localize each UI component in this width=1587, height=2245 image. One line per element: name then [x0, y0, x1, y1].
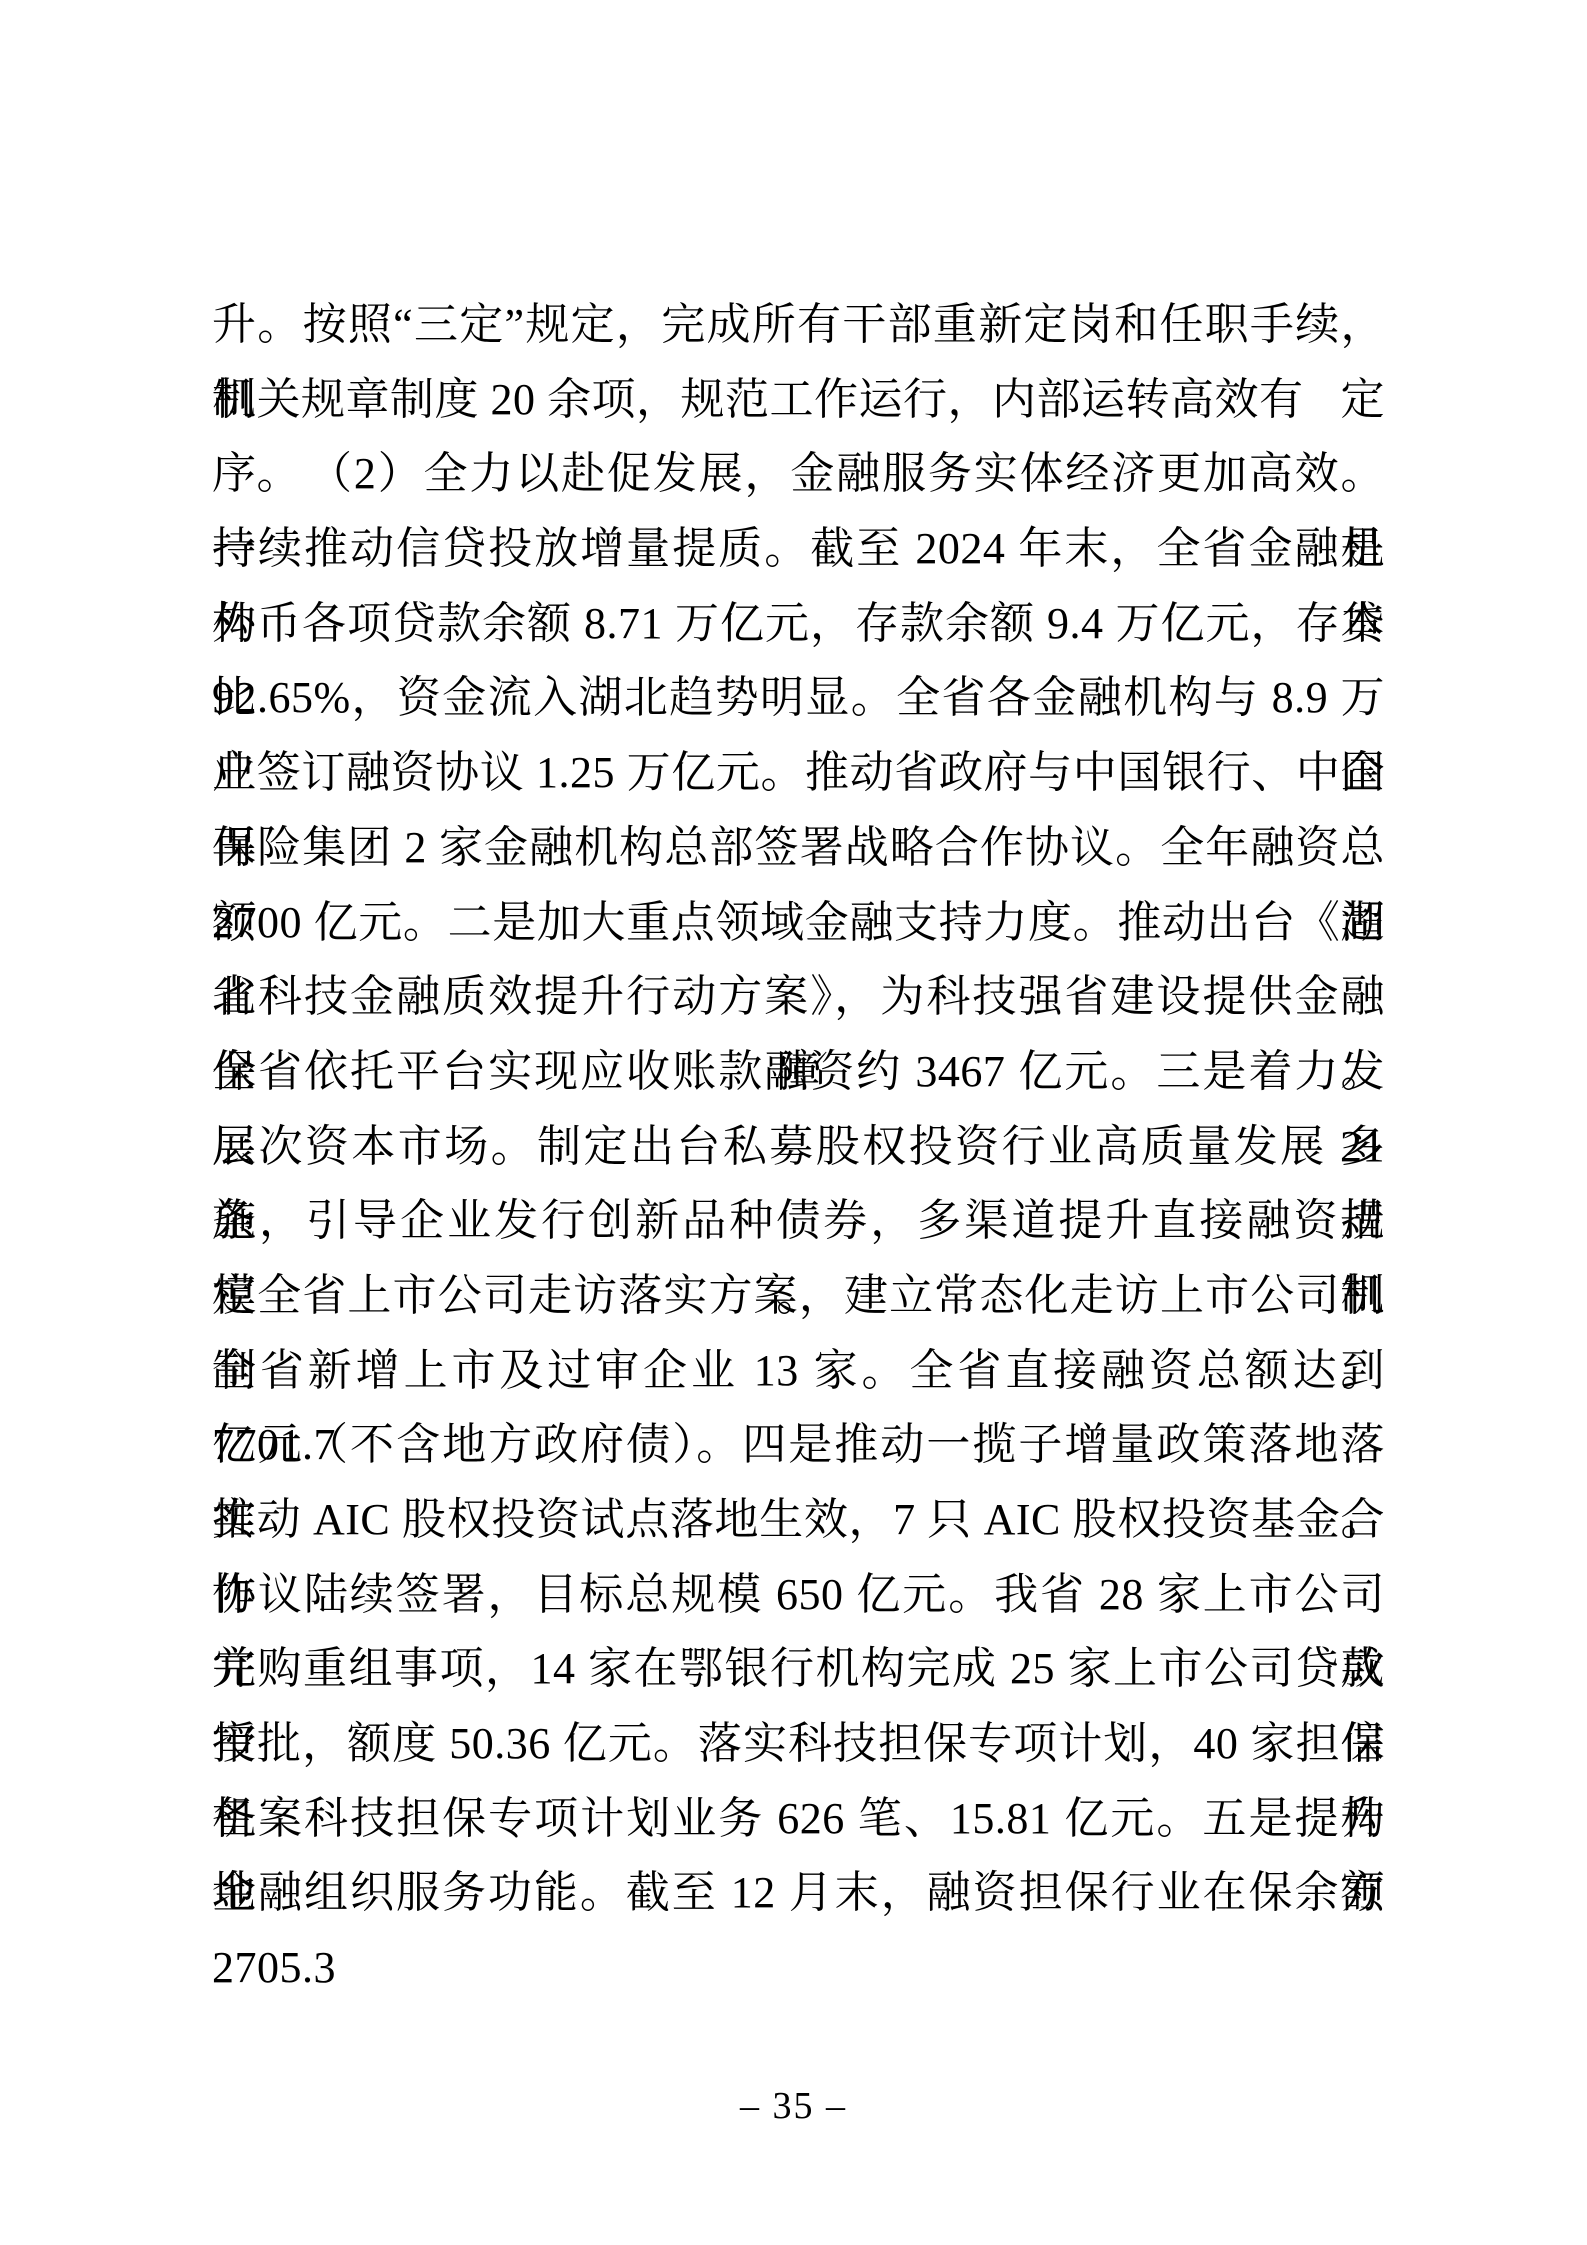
- text-line: 业签订融资协议 1.25 万亿元。推动省政府与中国银行、中国再: [212, 736, 1385, 811]
- text-line: 92.65%，资金流入湖北趋势明显。全省各金融机构与 8.9 万户企: [212, 661, 1385, 736]
- text-line: 机关规章制度 20 余项，规范工作运行，内部运转高效有序。: [212, 363, 1385, 438]
- text-line: 持续推动信贷投放增量提质。截至 2024 年末，全省金融机构本: [212, 512, 1385, 587]
- text-line: 外币各项贷款余额 8.71 万亿元，存款余额 9.4 万亿元，存贷比: [212, 587, 1385, 662]
- document-page: 升。按照“三定”规定，完成所有干部重新定岗和任职手续，制定 机关规章制度 20 …: [0, 0, 1587, 2245]
- text-line: 全省新增上市及过审企业 13 家。全省直接融资总额达到 7701.7: [212, 1334, 1385, 1409]
- text-line: 金融组织服务功能。截至 12 月末，融资担保行业在保余额 2705.3: [212, 1856, 1385, 1931]
- body-text-block: 升。按照“三定”规定，完成所有干部重新定岗和任职手续，制定 机关规章制度 20 …: [212, 288, 1385, 1931]
- page-number: – 35 –: [0, 2086, 1587, 2126]
- text-line: 升。按照“三定”规定，完成所有干部重新定岗和任职手续，制定: [212, 288, 1385, 363]
- text-line: 保险集团 2 家金融机构总部签署战略合作协议。全年融资总额超: [212, 811, 1385, 886]
- text-line: 备案科技担保专项计划业务 626 笔、15.81 亿元。五是提升地方: [212, 1782, 1385, 1857]
- text-line: 层次资本市场。制定出台私募股权投资行业高质量发展 21 条措: [212, 1110, 1385, 1185]
- text-line: 2700 亿元。二是加大重点领域金融支持力度。推动出台《湖北: [212, 886, 1385, 961]
- text-line: 推动 AIC 股权投资试点落地生效，7 只 AIC 股权投资基金合作: [212, 1483, 1385, 1558]
- text-line: 施，引导企业发行创新品种债券，多渠道提升直接融资规模。制: [212, 1184, 1385, 1259]
- text-line: 定全省上市公司走访落实方案，建立常态化走访上市公司机制。: [212, 1259, 1385, 1334]
- text-line: 省科技金融质效提升行动方案》，为科技强省建设提供金融保障。: [212, 960, 1385, 1035]
- text-line: 协议陆续签署，目标总规模 650 亿元。我省 28 家上市公司完成: [212, 1558, 1385, 1633]
- text-line: 全省依托平台实现应收账款融资约 3467 亿元。三是着力发展多: [212, 1035, 1385, 1110]
- text-line: （2）全力以赴促发展，金融服务实体经济更加高效。一是: [212, 437, 1385, 512]
- text-line: 审批，额度 50.36 亿元。落实科技担保专项计划，40 家担保机构: [212, 1707, 1385, 1782]
- text-line: 并购重组事项，14 家在鄂银行机构完成 25 家上市公司贷款授信: [212, 1632, 1385, 1707]
- text-line: 亿元（不含地方政府债）。四是推动一揽子增量政策落地落实。: [212, 1408, 1385, 1483]
